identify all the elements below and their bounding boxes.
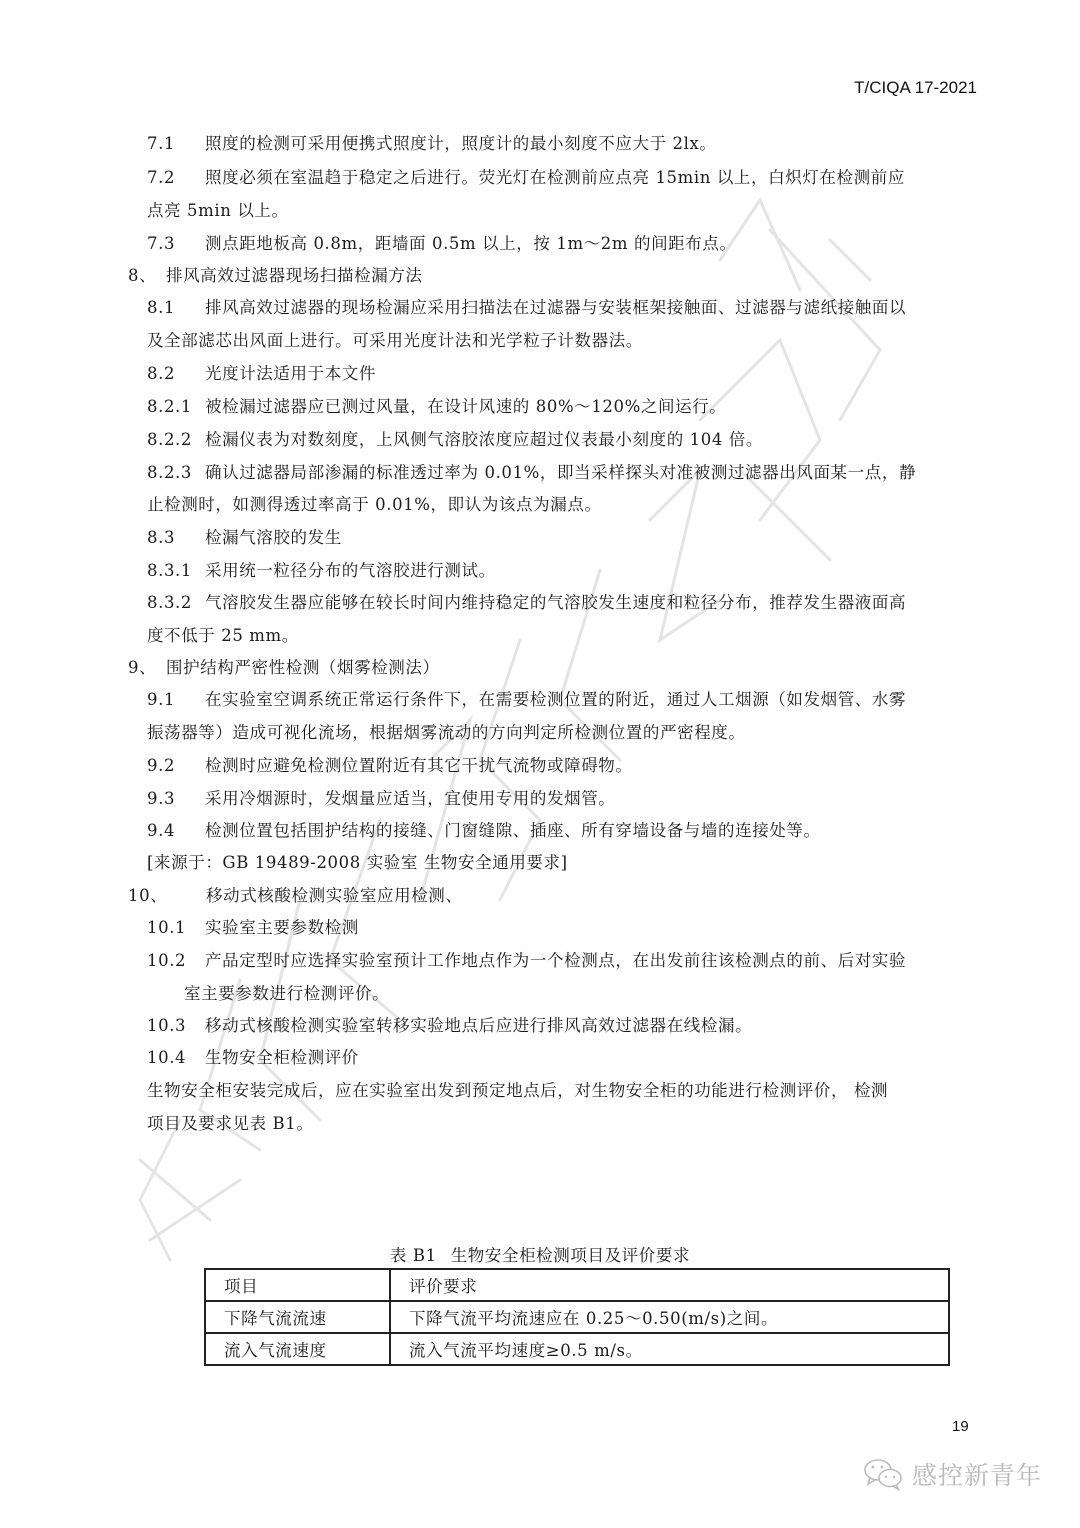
clause-9-1: 9.1在实验室空调系统正常运行条件下，在需要检测位置的附近，通过人工烟源（如发烟…	[147, 689, 906, 711]
table-caption-number: 表 B1	[390, 1246, 437, 1265]
section-9-heading: 9、围护结构严密性检测（烟雾检测法）	[128, 657, 440, 679]
wechat-brand: 感控新青年	[862, 1456, 1042, 1492]
section-title: 围护结构严密性检测（烟雾检测法）	[166, 658, 440, 677]
clause-text: 及全部滤芯出风面上进行。可采用光度计法和光学粒子计数器法。	[147, 331, 643, 350]
clause-number: 8.2.2	[147, 429, 205, 451]
section-number: 10、	[128, 885, 206, 907]
table-cell: 流入气流平均速度≥0.5 m/s。	[390, 1333, 949, 1365]
source-text: [来源于：GB 19489-2008 实验室 生物安全通用要求]	[147, 853, 568, 872]
clause-text: 排风高效过滤器的现场检漏应采用扫描法在过滤器与安装框架接触面、过滤器与滤纸接触面…	[205, 298, 906, 317]
table-header-cell: 项目	[205, 1269, 390, 1301]
clause-10-2-cont: 室主要参数进行检测评价。	[184, 983, 389, 1005]
clause-text: 室主要参数进行检测评价。	[184, 984, 389, 1003]
clause-8-3: 8.3检漏气溶胶的发生	[147, 527, 342, 549]
clause-10-2: 10.2产品定型时应选择实验室预计工作地点作为一个检测点，在出发前往该检测点的前…	[147, 950, 906, 972]
clause-text: 测点距地板高 0.8m，距墙面 0.5m 以上，按 1m～2m 的间距布点。	[205, 234, 737, 253]
section-title: 移动式核酸检测实验室应用检测、	[206, 886, 463, 905]
page-number: 19	[952, 1418, 969, 1435]
clause-10-1: 10.1实验室主要参数检测	[147, 917, 359, 939]
clause-number: 9.1	[147, 689, 205, 711]
bsc-requirements-table: 项目 评价要求 下降气流流速 下降气流平均流速应在 0.25～0.50(m/s)…	[204, 1268, 950, 1366]
wechat-icon	[862, 1456, 906, 1492]
table-row: 下降气流流速 下降气流平均流速应在 0.25～0.50(m/s)之间。	[205, 1301, 949, 1333]
clause-8-3-2: 8.3.2气溶胶发生器应能够在较长时间内维持稳定的气溶胶发生速度和粒径分布，推荐…	[147, 592, 906, 614]
table-cell: 下降气流流速	[205, 1301, 390, 1333]
clause-number: 8.1	[147, 297, 205, 319]
clause-text: 光度计法适用于本文件	[205, 364, 376, 383]
paragraph-text: 项目及要求见表 B1。	[147, 1114, 313, 1133]
clause-text: 在实验室空调系统正常运行条件下，在需要检测位置的附近，通过人工烟源（如发烟管、水…	[205, 690, 906, 709]
clause-7-3: 7.3测点距地板高 0.8m，距墙面 0.5m 以上，按 1m～2m 的间距布点…	[147, 233, 737, 255]
clause-text: 实验室主要参数检测	[205, 918, 359, 937]
section-number: 9、	[128, 657, 166, 679]
clause-number: 8.3.1	[147, 560, 205, 582]
clause-8-3-2-cont: 度不低于 25 mm。	[147, 625, 299, 647]
section-10-heading: 10、移动式核酸检测实验室应用检测、	[128, 885, 463, 907]
clause-text: 照度必须在室温趋于稳定之后进行。荧光灯在检测前应点亮 15min 以上，白炽灯在…	[205, 168, 905, 187]
section-title: 排风高效过滤器现场扫描检漏方法	[166, 266, 423, 285]
section-number: 8、	[128, 265, 166, 287]
clause-8-3-1: 8.3.1采用统一粒径分布的气溶胶进行测试。	[147, 560, 496, 582]
clause-number: 8.2.1	[147, 396, 205, 418]
clause-number: 8.3.2	[147, 592, 205, 614]
clause-text: 点亮 5min 以上。	[147, 201, 289, 220]
clause-8-2-1: 8.2.1被检漏过滤器应已测过风量，在设计风速的 80%～120%之间运行。	[147, 396, 726, 418]
clause-number: 7.2	[147, 167, 205, 189]
clause-text: 照度的检测可采用便携式照度计，照度计的最小刻度不应大于 2lx。	[205, 134, 717, 153]
clause-8-2-3-cont: 止检测时，如测得透过率高于 0.01%，即认为该点为漏点。	[147, 494, 602, 516]
table-header-cell: 评价要求	[390, 1269, 949, 1301]
clause-10-4: 10.4生物安全柜检测评价	[147, 1047, 359, 1069]
clause-number: 9.3	[147, 788, 205, 810]
table-header-row: 项目 评价要求	[205, 1269, 949, 1301]
clause-8-1-cont: 及全部滤芯出风面上进行。可采用光度计法和光学粒子计数器法。	[147, 330, 643, 352]
clause-text: 度不低于 25 mm。	[147, 626, 299, 645]
clause-text: 止检测时，如测得透过率高于 0.01%，即认为该点为漏点。	[147, 495, 602, 514]
clause-7-1: 7.1照度的检测可采用便携式照度计，照度计的最小刻度不应大于 2lx。	[147, 133, 717, 155]
clause-number: 8.2.3	[147, 462, 205, 484]
clause-8-2: 8.2光度计法适用于本文件	[147, 363, 376, 385]
clause-number: 10.3	[147, 1015, 205, 1037]
clause-number: 9.4	[147, 820, 205, 842]
clause-number: 7.1	[147, 133, 205, 155]
clause-number: 8.2	[147, 363, 205, 385]
clause-8-2-2: 8.2.2检漏仪表为对数刻度，上风侧气溶胶浓度应超过仪表最小刻度的 104 倍。	[147, 429, 763, 451]
paragraph-bsc: 生物安全柜安装完成后，应在实验室出发到预定地点后，对生物安全柜的功能进行检测评价…	[147, 1080, 888, 1102]
clause-text: 确认过滤器局部渗漏的标准透过率为 0.01%，即当采样探头对准被测过滤器出风面某…	[205, 463, 916, 482]
clause-9-4: 9.4检测位置包括围护结构的接缝、门窗缝隙、插座、所有穿墙设备与墙的连接处等。	[147, 820, 821, 842]
table-cell: 下降气流平均流速应在 0.25～0.50(m/s)之间。	[390, 1301, 949, 1333]
clause-9-1-cont: 振荡器等）造成可视化流场，根据烟雾流动的方向判定所检测位置的严密程度。	[147, 722, 746, 744]
clause-8-1: 8.1排风高效过滤器的现场检漏应采用扫描法在过滤器与安装框架接触面、过滤器与滤纸…	[147, 297, 906, 319]
table-row: 流入气流速度 流入气流平均速度≥0.5 m/s。	[205, 1333, 949, 1365]
clause-text: 气溶胶发生器应能够在较长时间内维持稳定的气溶胶发生速度和粒径分布，推荐发生器液面…	[205, 593, 906, 612]
clause-text: 振荡器等）造成可视化流场，根据烟雾流动的方向判定所检测位置的严密程度。	[147, 723, 746, 742]
clause-text: 产品定型时应选择实验室预计工作地点作为一个检测点，在出发前往该检测点的前、后对实…	[205, 951, 906, 970]
clause-number: 10.4	[147, 1047, 205, 1069]
clause-text: 检漏仪表为对数刻度，上风侧气溶胶浓度应超过仪表最小刻度的 104 倍。	[205, 430, 763, 449]
clause-number: 10.2	[147, 950, 205, 972]
clause-9-3: 9.3采用冷烟源时，发烟量应适当，宜使用专用的发烟管。	[147, 788, 615, 810]
paragraph-text: 生物安全柜安装完成后，应在实验室出发到预定地点后，对生物安全柜的功能进行检测评价…	[147, 1081, 888, 1100]
clause-number: 7.3	[147, 233, 205, 255]
clause-text: 采用统一粒径分布的气溶胶进行测试。	[205, 561, 496, 580]
table-caption-title: 生物安全柜检测项目及评价要求	[451, 1246, 690, 1265]
clause-text: 检漏气溶胶的发生	[205, 528, 342, 547]
clause-number: 8.3	[147, 527, 205, 549]
clause-8-2-3: 8.2.3确认过滤器局部渗漏的标准透过率为 0.01%，即当采样探头对准被测过滤…	[147, 462, 916, 484]
paragraph-bsc-cont: 项目及要求见表 B1。	[147, 1113, 313, 1135]
clause-number: 9.2	[147, 755, 205, 777]
clause-text: 移动式核酸检测实验室转移实验地点后应进行排风高效过滤器在线检漏。	[205, 1016, 752, 1035]
clause-number: 10.1	[147, 917, 205, 939]
table-caption: 表 B1生物安全柜检测项目及评价要求	[0, 1242, 1080, 1266]
brand-name: 感控新青年	[912, 1456, 1042, 1492]
clause-10-3: 10.3移动式核酸检测实验室转移实验地点后应进行排风高效过滤器在线检漏。	[147, 1015, 752, 1037]
clause-text: 被检漏过滤器应已测过风量，在设计风速的 80%～120%之间运行。	[205, 397, 726, 416]
section-8-heading: 8、排风高效过滤器现场扫描检漏方法	[128, 265, 423, 287]
table-cell: 流入气流速度	[205, 1333, 390, 1365]
clause-7-2: 7.2照度必须在室温趋于稳定之后进行。荧光灯在检测前应点亮 15min 以上，白…	[147, 167, 905, 189]
clause-text: 生物安全柜检测评价	[205, 1048, 359, 1067]
source-reference: [来源于：GB 19489-2008 实验室 生物安全通用要求]	[147, 852, 568, 874]
clause-text: 检测位置包括围护结构的接缝、门窗缝隙、插座、所有穿墙设备与墙的连接处等。	[205, 821, 821, 840]
document-code: T/CIQA 17-2021	[854, 78, 977, 98]
clause-text: 检测时应避免检测位置附近有其它干扰气流物或障碍物。	[205, 756, 633, 775]
clause-7-2-cont: 点亮 5min 以上。	[147, 200, 289, 222]
clause-9-2: 9.2检测时应避免检测位置附近有其它干扰气流物或障碍物。	[147, 755, 633, 777]
clause-text: 采用冷烟源时，发烟量应适当，宜使用专用的发烟管。	[205, 789, 615, 808]
